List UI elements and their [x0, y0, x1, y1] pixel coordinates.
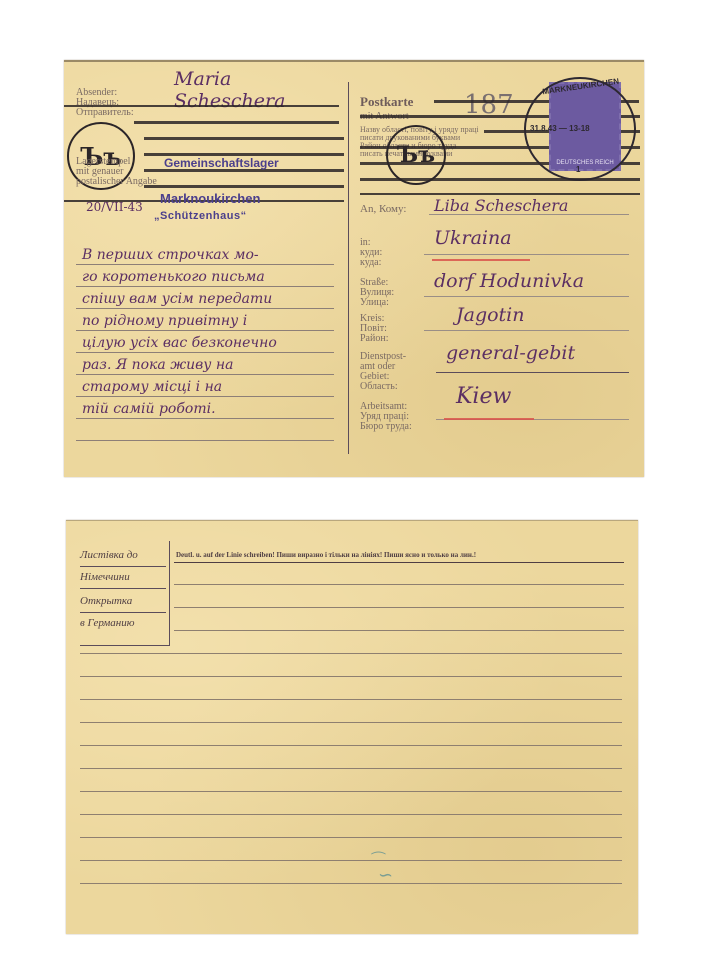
cancel-bar [64, 105, 339, 107]
ink-smudge: ∽ [378, 865, 393, 886]
writing-line [80, 791, 622, 792]
message-line: В перших строчках мо- [82, 247, 259, 263]
cancel-bar [134, 121, 339, 124]
back-label: Открытка [80, 595, 132, 607]
street-label: Улица: [360, 298, 389, 308]
censor-stamp: Ъъ [386, 125, 446, 185]
sender-label-ru: Отправитель: [76, 108, 134, 118]
writing-line [80, 653, 622, 654]
writing-line [80, 745, 622, 746]
card-title: Postkarte [360, 97, 413, 107]
message-line: го коротенького письма [82, 269, 265, 285]
sender-name-last: Scheschera [174, 90, 285, 112]
postmark-district: 1 [576, 165, 580, 174]
message-rule [76, 286, 334, 287]
message-rule [76, 440, 334, 441]
labor-office-value: Kiew [456, 384, 511, 409]
message-line: спішу вам усім передати [82, 291, 272, 307]
writing-line [80, 837, 622, 838]
writing-line [80, 883, 622, 884]
message-rule [76, 330, 334, 331]
red-underline [444, 418, 534, 420]
camp-stamp-line2: Marknoukirchen [160, 191, 260, 206]
writing-line [174, 630, 624, 631]
writing-line [80, 860, 622, 861]
message-line: тій самій роботі. [82, 401, 216, 417]
writing-line [80, 676, 622, 677]
instruction-underline [174, 562, 624, 563]
postcard-front: Absender: Надавець: Отправитель: Maria S… [64, 60, 644, 477]
region-value: general-gebit [446, 342, 575, 364]
postmark-date: 31.8.43 — 13-18 [530, 124, 590, 133]
back-label-box-side [169, 541, 170, 646]
message-line: по рідному привітну і [82, 313, 247, 329]
message-rule [76, 264, 334, 265]
writing-instruction: Deutl. u. auf der Linie schreiben! Пиши … [176, 551, 476, 559]
censor-mark: Ъъ [397, 142, 435, 168]
address-rule [424, 330, 629, 331]
date-handwritten: 20/VII-43 [86, 200, 143, 214]
address-rule [429, 214, 629, 215]
message-line: раз. Я пока живу на [82, 357, 233, 373]
camp-stamp-line1: Gemeinschaftslager [164, 156, 279, 170]
back-label-rule [80, 612, 166, 613]
cancel-bar [144, 137, 344, 140]
message-rule [76, 418, 334, 419]
cancel-bar [360, 193, 640, 195]
red-underline [432, 259, 530, 261]
message-rule [76, 352, 334, 353]
postcard-back: Листівка до Німеччини Открытка в Германи… [66, 520, 638, 934]
office-label: Область: [360, 382, 398, 392]
address-rule [424, 296, 629, 297]
writing-line [80, 699, 622, 700]
country-value: Ukraina [434, 227, 512, 249]
cancel-bar [144, 185, 344, 188]
address-rule [424, 254, 629, 255]
back-label: Німеччини [80, 571, 130, 583]
writing-line [80, 814, 622, 815]
camp-stamp-line3: „Schützenhaus“ [154, 210, 247, 222]
village-value: dorf Hodunivka [434, 270, 584, 292]
message-rule [76, 308, 334, 309]
writing-line [80, 722, 622, 723]
message-line: цілую усіх вас безконечно [82, 335, 277, 351]
recipient-name: Liba Scheschera [434, 196, 568, 215]
back-label-rule [80, 588, 166, 589]
sender-name-first: Maria [174, 68, 231, 90]
back-label: в Германию [80, 617, 135, 629]
district-label: Район: [360, 334, 388, 344]
back-label-rule [80, 566, 166, 567]
country-label: куда: [360, 258, 381, 268]
to-label: An, Кому: [360, 204, 406, 214]
district-value: Jagotin [456, 304, 525, 326]
card-divider [348, 82, 349, 454]
writing-line [174, 584, 624, 585]
writing-line [80, 768, 622, 769]
message-rule [76, 374, 334, 375]
address-rule [436, 372, 629, 373]
back-label-box-bottom [80, 645, 169, 646]
message-rule [76, 396, 334, 397]
camp-label: postalischer Angabe [76, 177, 157, 187]
message-line: старому місці і на [82, 379, 222, 395]
back-label: Листівка до [80, 549, 138, 561]
writing-line [174, 607, 624, 608]
labor-office-label: Бюро труда: [360, 422, 412, 432]
